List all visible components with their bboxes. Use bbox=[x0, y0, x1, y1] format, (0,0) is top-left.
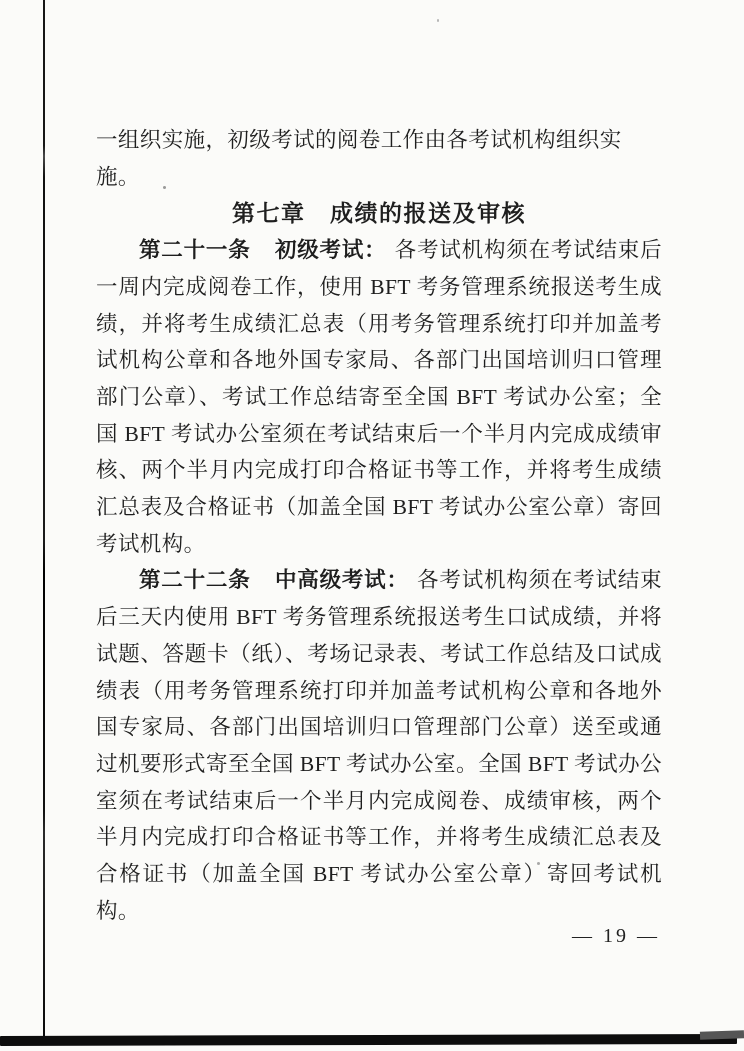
scan-speck bbox=[437, 19, 439, 22]
article-21-body: 各考试机构须在考试结束后一周内完成阅卷工作，使用 BFT 考务管理系统报送考生成… bbox=[96, 238, 662, 556]
scanned-document-page: 一组织实施，初级考试的阅卷工作由各考试机构组织实施。 第七章 成绩的报送及审核 … bbox=[0, 0, 744, 1051]
scan-artifact-bottom-bar bbox=[0, 1034, 737, 1046]
page-number: — 19 — bbox=[572, 925, 660, 948]
chapter-heading: 第七章 成绩的报送及审核 bbox=[96, 195, 662, 232]
article-22-number: 第二十二条 bbox=[139, 568, 251, 592]
continuation-line: 一组织实施，初级考试的阅卷工作由各考试机构组织实施。 bbox=[96, 122, 662, 195]
article-21-number: 第二十一条 bbox=[139, 238, 251, 262]
article-22-lead: 中高级考试： bbox=[275, 568, 409, 592]
document-body: 一组织实施，初级考试的阅卷工作由各考试机构组织实施。 第七章 成绩的报送及审核 … bbox=[96, 122, 662, 929]
scan-artifact-bottom-bar-tail bbox=[700, 1030, 744, 1040]
article-21: 第二十一条 初级考试： 各考试机构须在考试结束后一周内完成阅卷工作，使用 BFT… bbox=[96, 232, 662, 562]
article-22-body: 各考试机构须在考试结束后三天内使用 BFT 考务管理系统报送考生口试成绩，并将试… bbox=[96, 568, 662, 922]
article-21-lead: 初级考试： bbox=[275, 238, 387, 262]
article-22: 第二十二条 中高级考试： 各考试机构须在考试结束后三天内使用 BFT 考务管理系… bbox=[96, 562, 662, 929]
scan-artifact-left-line bbox=[43, 0, 45, 1040]
